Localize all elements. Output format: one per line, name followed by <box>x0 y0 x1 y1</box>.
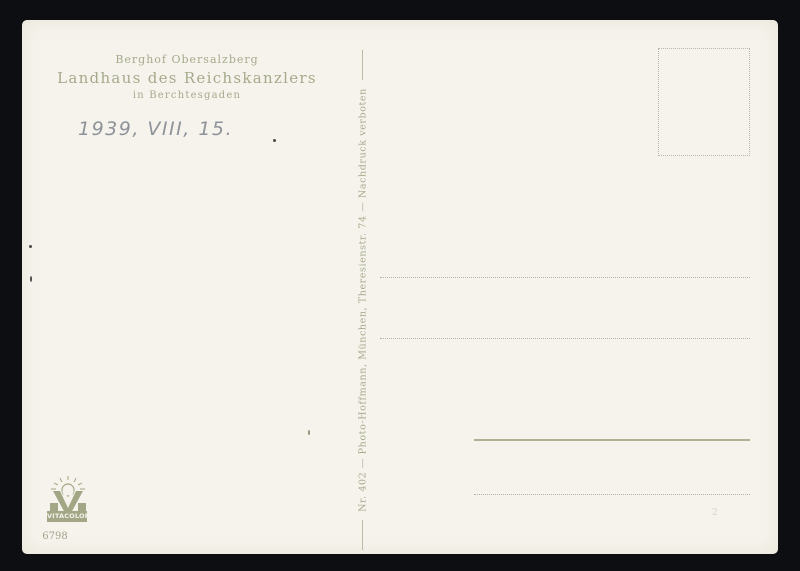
divider-line-top <box>362 50 363 80</box>
vitacolor-logo: VITACOLOR <box>47 475 89 517</box>
sun-v-logo-icon <box>47 475 89 513</box>
address-line-1 <box>380 277 750 278</box>
logo-brand-label: VITACOLOR <box>47 511 87 522</box>
address-line-4 <box>474 494 750 495</box>
header-location: Berghof Obersalzberg <box>22 53 352 66</box>
ink-speck <box>29 245 32 248</box>
ink-speck <box>30 276 32 282</box>
header-title: Landhaus des Reichskanzlers <box>22 69 352 87</box>
postcard-back: Berghof Obersalzberg Landhaus des Reichs… <box>22 20 778 554</box>
address-line-3 <box>474 439 750 441</box>
vertical-divider: Nr. 402 — Photo-Hoffmann, München, There… <box>357 50 369 550</box>
stamp-placeholder-box <box>658 48 750 156</box>
publisher-imprint: Nr. 402 — Photo-Hoffmann, München, There… <box>358 88 369 512</box>
handwritten-date: 1939, VIII, 15. <box>78 118 233 140</box>
ink-speck <box>308 430 310 435</box>
card-number: 6798 <box>34 531 76 542</box>
address-line-2 <box>380 338 750 339</box>
divider-line-bottom <box>362 520 363 550</box>
header-subtitle: in Berchtesgaden <box>22 90 352 101</box>
corner-pencil-mark: 2 <box>712 508 718 518</box>
ink-speck <box>273 139 276 142</box>
